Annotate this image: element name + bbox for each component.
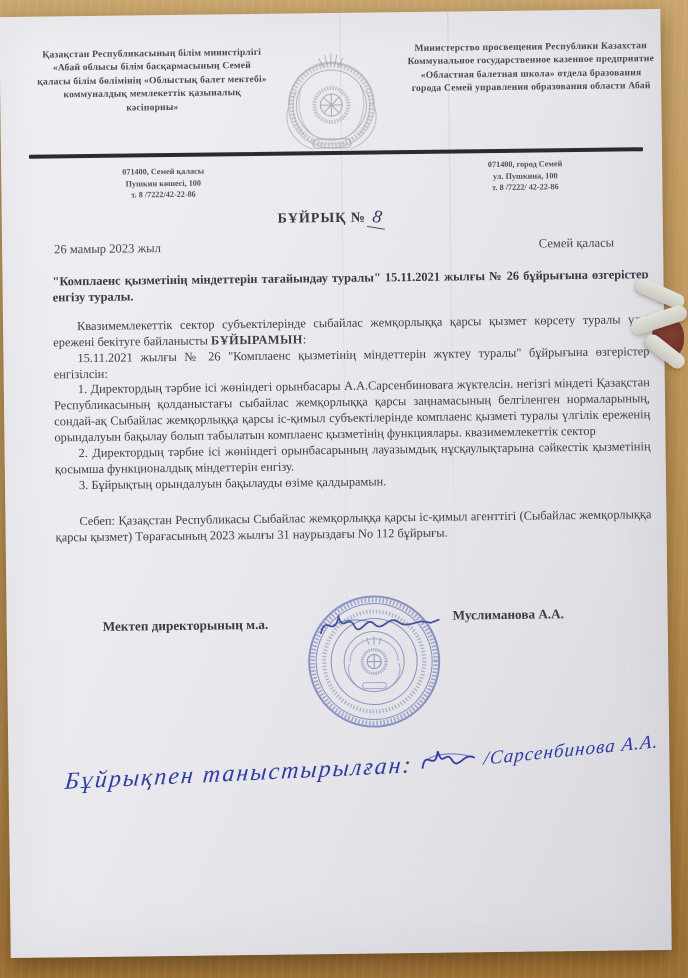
contact-line: т. 8 /7222/42-22-86 bbox=[79, 188, 247, 202]
date-city-row: 26 мамыр 2023 жыл Семей қаласы bbox=[54, 236, 614, 258]
ribbon-band bbox=[629, 303, 688, 336]
signatory-name: Муслиманова А.А. bbox=[453, 606, 565, 623]
kazakhstan-coat-of-arms-icon bbox=[272, 46, 391, 159]
order-item-1: 1. Директордың тәрбие ісі жөніндегі орын… bbox=[54, 376, 651, 447]
order-title-label: БҰЙРЫҚ № bbox=[278, 211, 366, 227]
resolve-word: БҰЙЫРАМЫН bbox=[211, 332, 303, 347]
white-ribbon bbox=[628, 284, 688, 409]
signatory-position: Мектеп директорының м.а. bbox=[103, 617, 269, 635]
contact-block-kazakh: 071400, Семей қаласы Пушкин көшесі, 100 … bbox=[79, 165, 247, 202]
org-name-kazakh: Қазақстан Республикасының білім министір… bbox=[36, 46, 269, 116]
acknowledgement-name: /Сарсенбинова А.А. bbox=[483, 731, 660, 770]
order-title: БҰЙРЫҚ №8 bbox=[2, 202, 663, 232]
preamble-text: Квазимемлекеттік сектор субъектілерінде … bbox=[53, 312, 649, 349]
preamble-colon: : bbox=[303, 332, 307, 346]
reason-paragraph: Себеп: Қазақстан Республикасы Сыбайлас ж… bbox=[55, 507, 651, 546]
contact-block-russian: 071400, город Семей ул. Пушкина, 100 т. … bbox=[439, 158, 611, 195]
document-paper: Қазақстан Республикасының білім министір… bbox=[0, 9, 672, 958]
order-city: Семей қаласы bbox=[539, 236, 615, 252]
director-signature bbox=[312, 602, 447, 650]
order-subject: "Комплаенс қызметінің міндеттерін тағайы… bbox=[52, 267, 648, 306]
handwritten-order-number: 8 bbox=[367, 205, 388, 230]
order-date: 26 мамыр 2023 жыл bbox=[54, 241, 161, 257]
handwritten-acknowledgement: Бұйрықпен таныстырылған: /Сарсенбинова А… bbox=[64, 739, 665, 797]
acknowledgement-text: Бұйрықпен таныстырылған: bbox=[64, 752, 414, 796]
org-name-russian: Министерство просвещения Республики Каза… bbox=[406, 39, 657, 96]
desk-background: Қазақстан Республикасының білім министір… bbox=[0, 0, 688, 978]
contact-line: т. 8 /7222/ 42-22-86 bbox=[439, 181, 611, 195]
order-body: "Комплаенс қызметінің міндеттерін тағайы… bbox=[52, 267, 651, 546]
ribbon-band bbox=[642, 331, 687, 371]
acknowledgement-signature bbox=[415, 737, 481, 780]
